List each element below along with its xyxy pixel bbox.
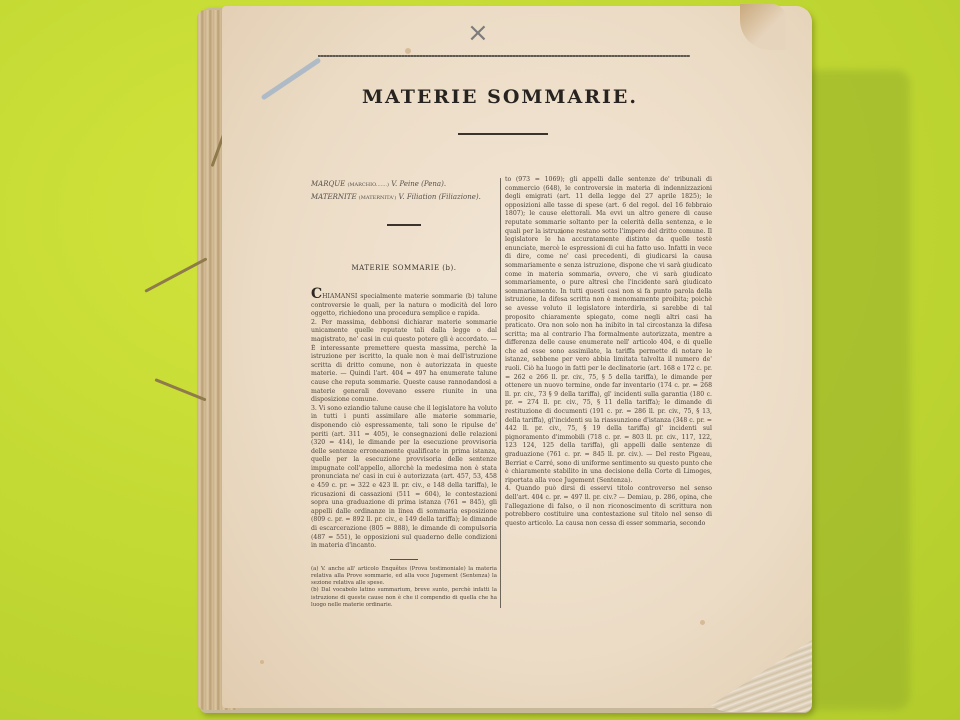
header-rule (318, 55, 690, 57)
xref-gloss: (MARCHIO.......) (347, 182, 389, 188)
foxing-spot (700, 620, 705, 625)
title-ornament (458, 133, 548, 135)
footnote-rule (390, 559, 418, 560)
footnote-a: (a) V. anche all' articolo Enquêtes (Pro… (311, 566, 497, 588)
xref-term: MARQUE (311, 180, 345, 188)
column-divider (500, 178, 501, 608)
paragraph-continued: to (973 = 1069); gli appelli dalle sente… (505, 176, 712, 485)
paragraph-4: 4. Quando può dirsi di esservi titolo co… (505, 485, 712, 528)
left-column: MARQUE (MARCHIO.......) V. Peine (Pena).… (311, 178, 497, 609)
handwritten-x-mark: × (467, 18, 489, 48)
foxing-spot (260, 660, 264, 664)
xref-see: V. Filiation (Filiazione). (399, 193, 481, 201)
cross-reference: MARQUE (MARCHIO.......) V. Peine (Pena). (311, 178, 497, 191)
paragraph-3: 3. Vi sono eziandio talune cause che il … (311, 405, 497, 551)
paragraph-2: 2. Per massima, debbonsi dichiarar mater… (311, 319, 497, 405)
xref-term: MATERNITE (311, 193, 357, 201)
xref-gloss: (MATERNITA') (359, 195, 397, 201)
page-title: MATERIE SOMMARIE. (300, 86, 700, 108)
foxing-spot (405, 48, 411, 54)
drop-cap: C (311, 286, 322, 302)
cross-reference: MATERNITE (MATERNITA') V. Filiation (Fil… (311, 191, 497, 204)
section-ornament (387, 224, 421, 226)
section-heading: MATERIE SOMMARIE (b). (311, 264, 497, 272)
right-column: to (973 = 1069); gli appelli dalle sente… (505, 176, 712, 528)
paragraph-1: CHIAMANSI specialmente materie sommarie … (311, 290, 497, 319)
footnote-b: (b) Dal vocabolo latino summarium, breve… (311, 587, 497, 609)
xref-see: V. Peine (Pena). (391, 180, 446, 188)
